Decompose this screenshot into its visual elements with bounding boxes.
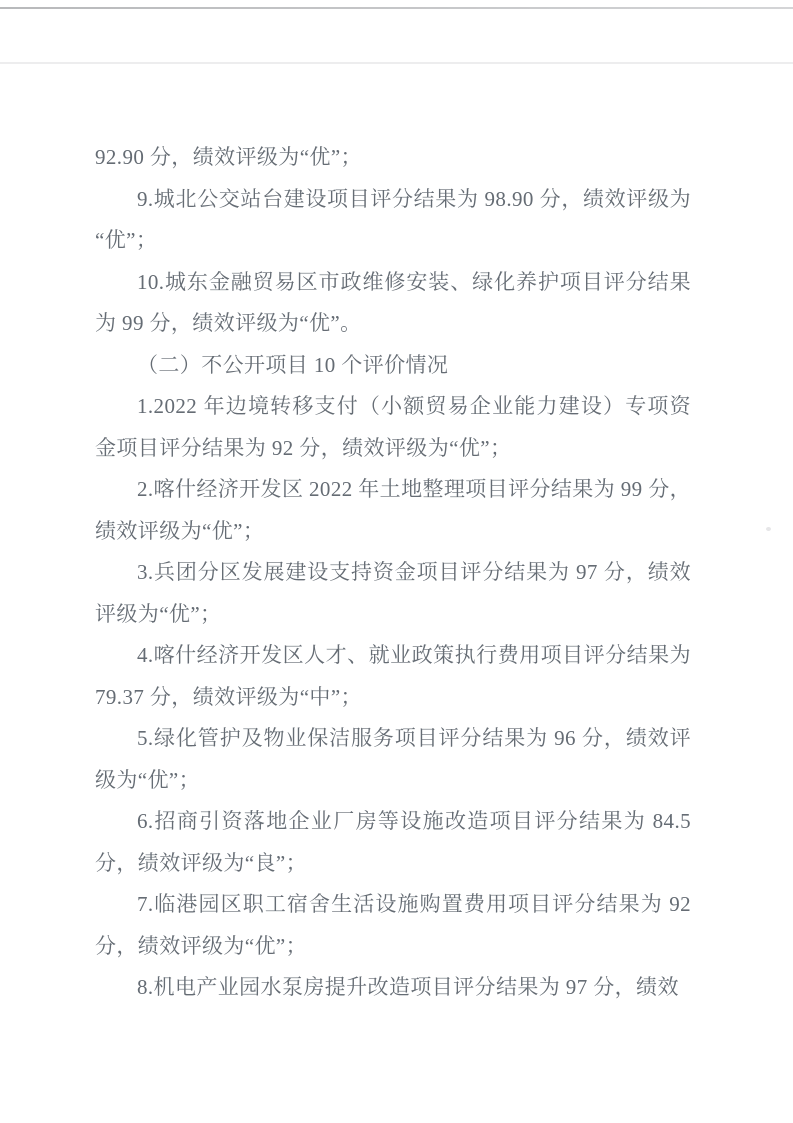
document-body: 92.90 分，绩效评级为“优”；9.城北公交站台建设项目评分结果为 98.90… (95, 137, 691, 1009)
document-page: 92.90 分，绩效评级为“优”；9.城北公交站台建设项目评分结果为 98.90… (0, 0, 793, 1123)
paragraph: 1.2022 年边境转移支付（小额贸易企业能力建设）专项资金项目评分结果为 92… (95, 386, 691, 469)
paragraph: 9.城北公交站台建设项目评分结果为 98.90 分，绩效评级为“优”； (95, 179, 691, 262)
paragraph: 5.绿化管护及物业保洁服务项目评分结果为 96 分，绩效评级为“优”； (95, 718, 691, 801)
scan-artifact-line-top (0, 7, 793, 9)
paragraph: 3.兵团分区发展建设支持资金项目评分结果为 97 分，绩效评级为“优”； (95, 552, 691, 635)
paragraph: 7.临港园区职工宿舍生活设施购置费用项目评分结果为 92 分，绩效评级为“优”； (95, 884, 691, 967)
paragraph: 2.喀什经济开发区 2022 年土地整理项目评分结果为 99 分，绩效评级为“优… (95, 469, 691, 552)
scan-artifact-speck (766, 527, 771, 531)
paragraph: 10.城东金融贸易区市政维修安装、绿化养护项目评分结果为 99 分，绩效评级为“… (95, 262, 691, 345)
paragraph: 8.机电产业园水泵房提升改造项目评分结果为 97 分，绩效 (95, 967, 691, 1009)
paragraph: 92.90 分，绩效评级为“优”； (95, 137, 691, 179)
paragraph: 6.招商引资落地企业厂房等设施改造项目评分结果为 84.5 分，绩效评级为“良”… (95, 801, 691, 884)
scan-artifact-line-faint (0, 62, 793, 64)
paragraph: （二）不公开项目 10 个评价情况 (95, 345, 691, 387)
paragraph: 4.喀什经济开发区人才、就业政策执行费用项目评分结果为 79.37 分，绩效评级… (95, 635, 691, 718)
